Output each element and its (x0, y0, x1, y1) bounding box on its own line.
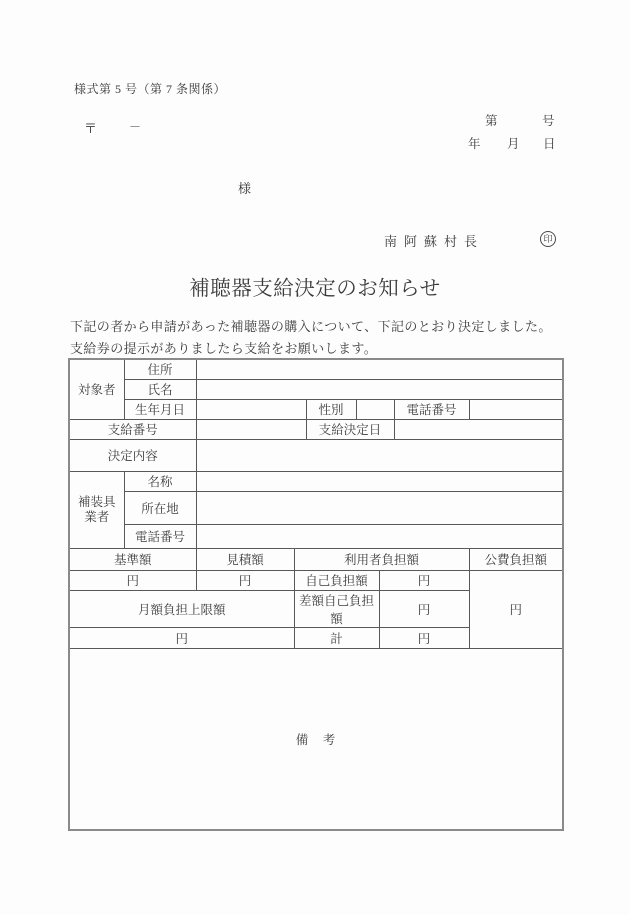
vendor-location-value-cell (196, 491, 563, 524)
grant-number-value-cell (196, 419, 306, 439)
user-burden-header: 利用者負担額 (294, 548, 469, 570)
vendor-group-label: 補装具 業者 (69, 471, 124, 548)
addressee-honorific: 様 (238, 178, 251, 197)
body-line-1: 下記の者から申請があった補聴器の購入について、下記のとおり決定しました。 (70, 316, 552, 338)
decision-content-label: 決定内容 (69, 439, 196, 471)
document-page: 様式第 5 号（第 7 条関係） 〒 － 第 号 年 月 日 様 南阿蘇村長 印… (0, 0, 630, 915)
decision-form-table: 対象者 住所 氏名 生年月日 性別 電話番号 支給番号 支給決定日 決定内容 (68, 358, 564, 831)
monthly-cap-label: 月額負担上限額 (69, 590, 294, 627)
self-burden-yen: 円 (379, 570, 469, 590)
grant-number-label: 支給番号 (69, 419, 196, 439)
decision-content-value-cell (196, 439, 563, 471)
date-year-label: 年 (468, 134, 481, 152)
vendor-location-label: 所在地 (124, 491, 196, 524)
estimate-amount-yen: 円 (196, 570, 294, 590)
postal-code-dash: － (129, 118, 141, 135)
birthdate-label: 生年月日 (124, 399, 196, 419)
sex-label: 性別 (306, 399, 356, 419)
total-label: 計 (294, 627, 379, 648)
doc-number-prefix: 第 (485, 111, 498, 129)
sender-title: 南阿蘇村長 (384, 231, 484, 250)
grant-date-label: 支給決定日 (306, 419, 394, 439)
vendor-group-line2: 業者 (70, 510, 124, 525)
self-burden-label: 自己負担額 (294, 570, 379, 590)
doc-number-suffix: 号 (542, 111, 555, 129)
form-number: 様式第 5 号（第 7 条関係） (74, 80, 226, 97)
vendor-name-label: 名称 (124, 471, 196, 491)
sex-value-cell (356, 399, 394, 419)
address-value-cell (196, 359, 563, 379)
birthdate-value-cell (196, 399, 306, 419)
public-burden-value-cell: 円 (469, 570, 563, 648)
diff-self-burden-label: 差額自己負担額 (294, 590, 379, 627)
remarks-cell: 備 考 (69, 648, 563, 830)
date-month-label: 月 (507, 134, 520, 152)
body-paragraph: 下記の者から申請があった補聴器の購入について、下記のとおり決定しました。 支給券… (70, 316, 552, 359)
estimate-amount-header: 見積額 (196, 548, 294, 570)
seal-icon: 印 (540, 231, 556, 247)
standard-amount-yen: 円 (69, 570, 196, 590)
public-burden-header: 公費負担額 (469, 548, 563, 570)
subject-group-label: 対象者 (69, 359, 124, 419)
name-value-cell (196, 379, 563, 399)
phone-value-cell (469, 399, 563, 419)
postal-mark: 〒 (84, 118, 97, 137)
address-label: 住所 (124, 359, 196, 379)
diff-self-burden-yen: 円 (379, 590, 469, 627)
page-title: 補聴器支給決定のお知らせ (0, 271, 630, 301)
standard-amount-header: 基準額 (69, 548, 196, 570)
vendor-phone-value-cell (196, 524, 563, 548)
total-yen: 円 (379, 627, 469, 648)
vendor-name-value-cell (196, 471, 563, 491)
name-label: 氏名 (124, 379, 196, 399)
vendor-phone-label: 電話番号 (124, 524, 196, 548)
grant-date-value-cell (394, 419, 563, 439)
date-day-label: 日 (543, 134, 556, 152)
monthly-cap-yen: 円 (69, 627, 294, 648)
phone-label: 電話番号 (394, 399, 469, 419)
vendor-group-line1: 補装具 (70, 495, 124, 510)
body-line-2: 支給券の提示がありましたら支給をお願いします。 (70, 338, 552, 360)
